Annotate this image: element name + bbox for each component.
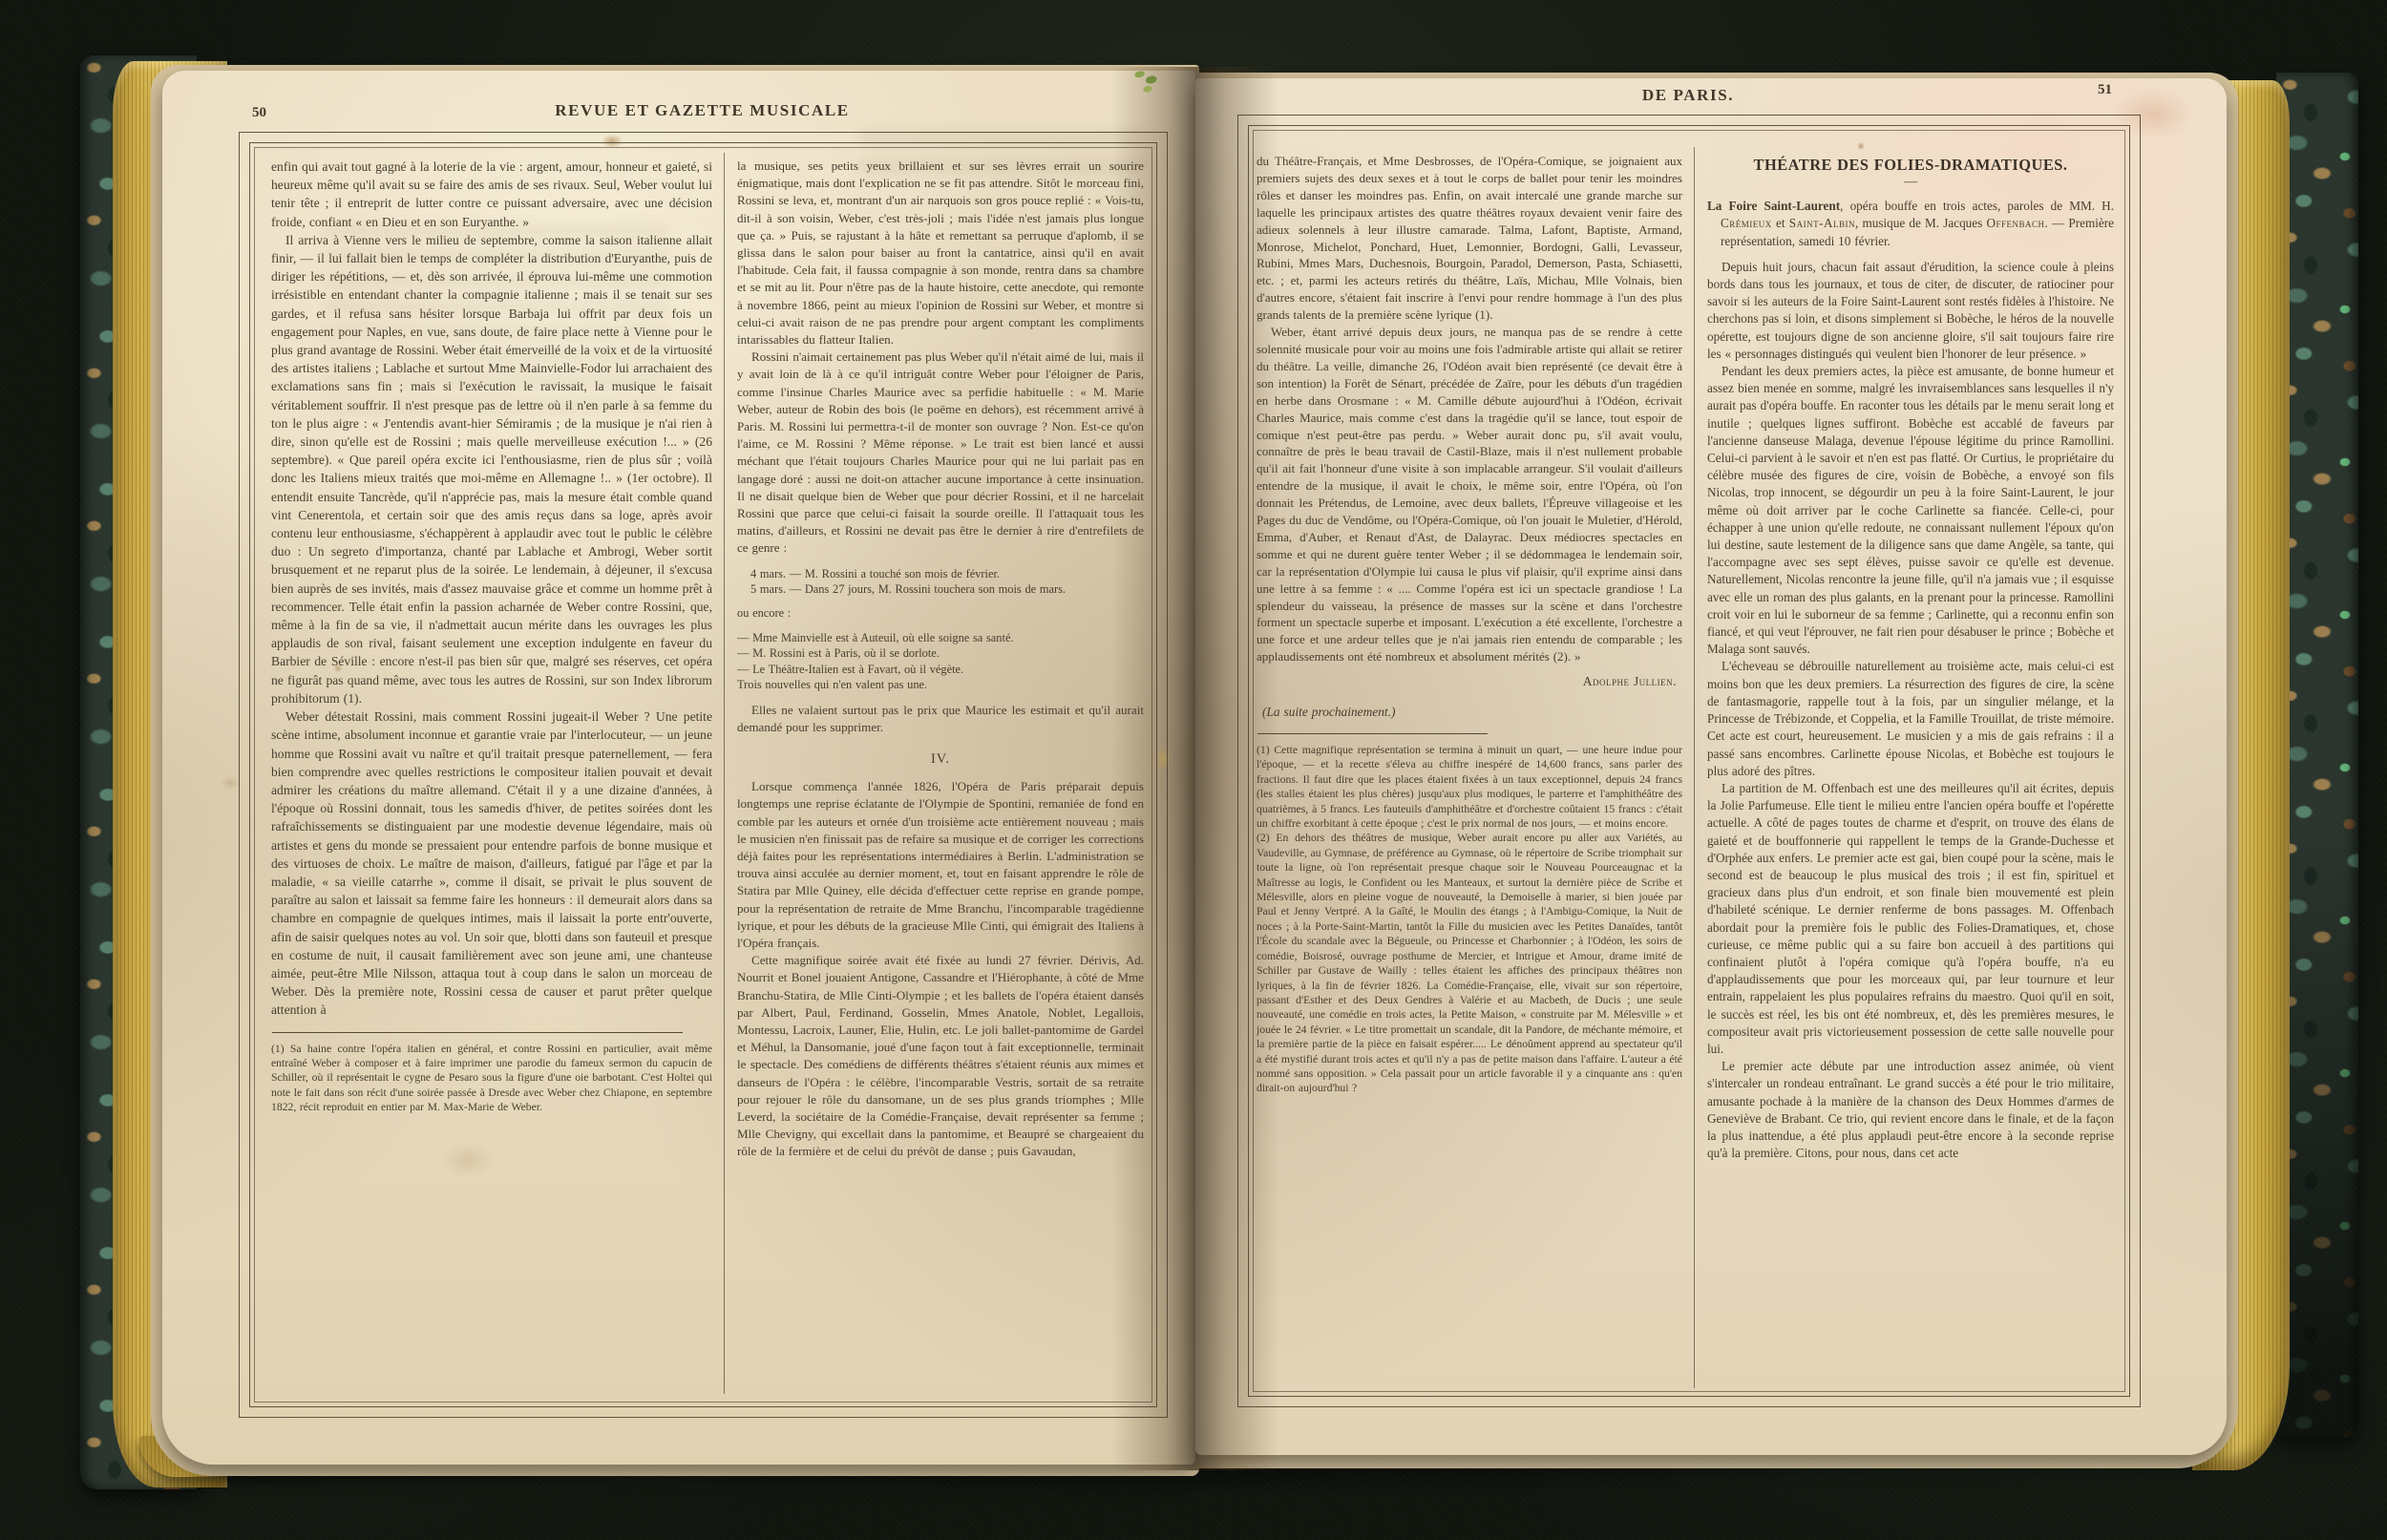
left-running-head: REVUE ET GAZETTE MUSICALE: [239, 101, 1166, 120]
article-title: THÉATRE DES FOLIES-DRAMATIQUES.: [1707, 157, 2114, 174]
clipping-line: ou encore :: [737, 605, 1144, 621]
clipping-line: — Le Théâtre-Italien est à Favart, où il…: [737, 662, 1144, 677]
paragraph: Weber détestait Rossini, mais comment Ro…: [271, 707, 712, 1019]
clipping-line: 5 mars. — Dans 27 jours, M. Rossini touc…: [737, 581, 1144, 597]
continued-paragraph: du Théâtre-Français, et Mme Desbrosses, …: [1257, 153, 1682, 324]
review-header: La Foire Saint-Laurent, opéra bouffe en …: [1707, 198, 2114, 250]
continued-paragraph: enfin qui avait tout gagné à la loterie …: [271, 158, 712, 231]
byline-signature: Adolphe Jullien.: [1257, 673, 1682, 690]
column-divider: [1694, 147, 1695, 1388]
title-rule: —: [1707, 178, 2114, 187]
left-page-column-1: enfin qui avait tout gagné à la loterie …: [271, 158, 712, 1395]
paragraph: Le premier acte débute par une introduct…: [1707, 1058, 2114, 1162]
book-scan-screen: 50 REVUE ET GAZETTE MUSICALE DE PARIS. 5…: [0, 0, 2387, 1540]
footnote: (1) Cette magnifique représentation se t…: [1257, 743, 1682, 831]
right-page-column-2: THÉATRE DES FOLIES-DRAMATIQUES.—La Foire…: [1707, 153, 2114, 1396]
clipping-line: — Mme Mainvielle est à Auteuil, où elle …: [737, 630, 1144, 645]
clipping-line: 4 mars. — M. Rossini a touché son mois d…: [737, 566, 1144, 581]
left-page-column-2: la musique, ses petits yeux brillaient e…: [737, 158, 1144, 1395]
paragraph: Il arriva à Vienne vers le milieu de sep…: [271, 231, 712, 707]
paragraph: Pendant les deux premiers actes, la pièc…: [1707, 363, 2114, 658]
right-running-head: DE PARIS.: [1237, 86, 2139, 105]
footnote-rule: [1257, 733, 1488, 734]
right-page-column-1: du Théâtre-Français, et Mme Desbrosses, …: [1257, 153, 1682, 1396]
serial-note: (La suite prochainement.): [1257, 704, 1682, 721]
section-number: IV.: [737, 750, 1144, 768]
right-page-number: 51: [2043, 82, 2112, 98]
footnote: (2) En dehors des théâtres de musique, W…: [1257, 831, 1682, 1095]
paragraph: Cette magnifique soirée avait été fixée …: [737, 952, 1144, 1160]
paragraph: Depuis huit jours, chacun fait assaut d'…: [1707, 259, 2114, 363]
footnote: (1) Sa haine contre l'opéra italien en g…: [271, 1042, 712, 1115]
paragraph: La partition de M. Offenbach est une des…: [1707, 780, 2114, 1058]
continued-paragraph: la musique, ses petits yeux brillaient e…: [737, 158, 1144, 348]
clipping-line: — M. Rossini est à Paris, où il se dorlo…: [737, 645, 1144, 661]
clipping-line: Trois nouvelles qui n'en valent pas une.: [737, 677, 1144, 692]
paragraph: L'écheveau se débrouille naturellement a…: [1707, 658, 2114, 779]
paragraph: Weber, étant arrivé depuis deux jours, n…: [1257, 324, 1682, 665]
column-divider: [724, 153, 725, 1394]
paragraph: Rossini n'aimait certainement pas plus W…: [737, 348, 1144, 557]
paragraph: Lorsque commença l'année 1826, l'Opéra d…: [737, 778, 1144, 952]
paragraph: Elles ne valaient surtout pas le prix qu…: [737, 702, 1144, 736]
footnote-rule: [272, 1032, 683, 1033]
